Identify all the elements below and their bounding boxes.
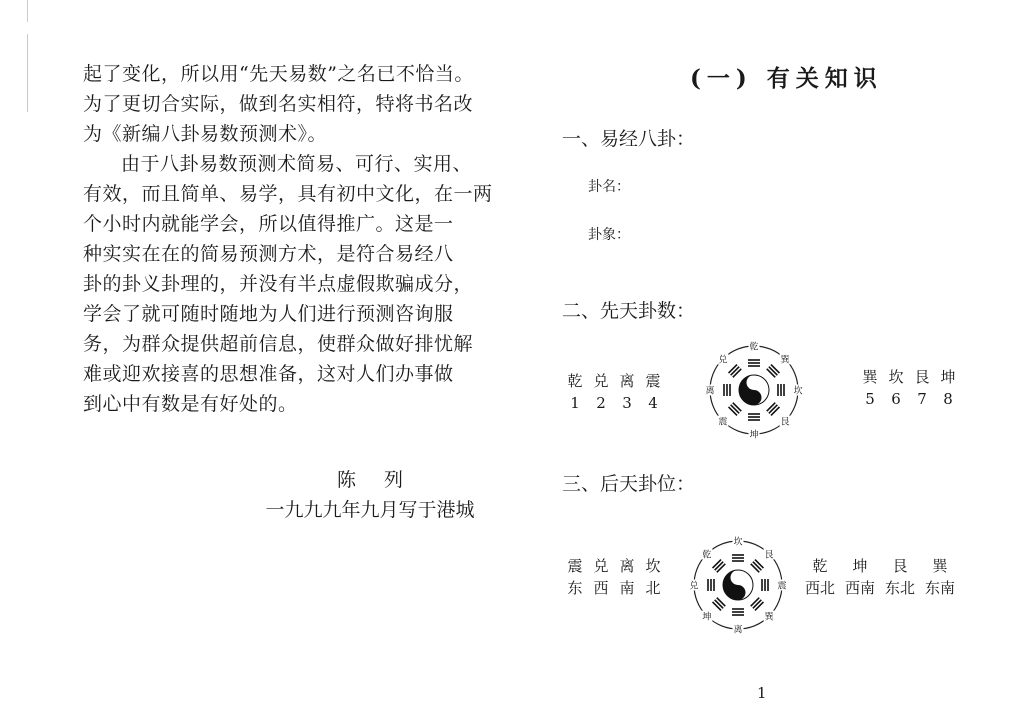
svg-text:乾: 乾 bbox=[702, 548, 711, 560]
text-line: 难或迎欢接喜的思想准备，这对人们办事做 bbox=[83, 359, 503, 389]
trigram-name: 巽 bbox=[920, 555, 960, 576]
left-page: 起了变化，所以用“先天易数”之名已不恰当。 为了更切合实际，做到名实相符，特将书… bbox=[0, 0, 512, 724]
chapter-title: (一) 有关知识 bbox=[690, 60, 883, 93]
author-name: 陈列 bbox=[240, 465, 500, 495]
page-number: 1 bbox=[757, 684, 767, 702]
text-line: 有效，而且简单、易学，具有初中文化，在一两 bbox=[83, 179, 503, 209]
trigram-number: 8 bbox=[935, 390, 961, 408]
section-title-postnatal-positions: 三、后天卦位： bbox=[562, 469, 695, 496]
trigram-name: 兑 bbox=[588, 370, 614, 391]
postnatal-left-names: 震兑离坎 bbox=[562, 555, 666, 576]
postnatal-left-directions: 东西南北 bbox=[562, 577, 666, 598]
trigram-name: 乾 bbox=[562, 370, 588, 391]
svg-text:艮: 艮 bbox=[765, 549, 774, 560]
trigram-number: 1 bbox=[562, 394, 588, 412]
svg-text:乾: 乾 bbox=[749, 341, 758, 353]
text-line: 到心中有数是有好处的。 bbox=[83, 389, 503, 419]
text-line: 由于八卦易数预测术简易、可行、实用、 bbox=[83, 149, 503, 179]
prenatal-left-names: 乾兑离震 bbox=[562, 370, 666, 391]
trigram-name: 震 bbox=[640, 370, 666, 391]
direction: 北 bbox=[640, 577, 666, 598]
trigram-name: 离 bbox=[614, 555, 640, 576]
bagua-postnatal-diagram-icon: 坎艮震巽离坤兑乾 bbox=[688, 535, 788, 635]
text-line: 为了更切合实际，做到名实相符，特将书名改 bbox=[83, 89, 503, 119]
prenatal-left-numbers: 1234 bbox=[562, 394, 666, 412]
trigram-image-label: 卦象： bbox=[588, 224, 630, 244]
text-line: 种实实在在的简易预测方术，是符合易经八 bbox=[83, 239, 503, 269]
text-line: 卦的卦义卦理的，并没有半点虚假欺骗成分， bbox=[83, 269, 503, 299]
trigram-name: 巽 bbox=[857, 366, 883, 387]
text-line: 起了变化，所以用“先天易数”之名已不恰当。 bbox=[83, 59, 503, 89]
trigram-name: 离 bbox=[614, 370, 640, 391]
svg-text:兑: 兑 bbox=[689, 580, 698, 592]
postnatal-right-directions: 西北西南东北东南 bbox=[800, 577, 960, 598]
signature-date: 一九九九年九月写于港城 bbox=[240, 495, 500, 525]
trigram-name-label: 卦名： bbox=[588, 176, 630, 196]
trigram-name: 坤 bbox=[935, 366, 961, 387]
svg-text:震: 震 bbox=[718, 417, 727, 428]
svg-text:艮: 艮 bbox=[781, 417, 790, 428]
svg-text:坎: 坎 bbox=[793, 385, 802, 397]
svg-text:离: 离 bbox=[705, 385, 714, 397]
svg-text:坎: 坎 bbox=[733, 536, 742, 548]
prenatal-right-names: 巽坎艮坤 bbox=[857, 366, 961, 387]
text-line: 务，为群众提供超前信息，使群众做好排忧解 bbox=[83, 329, 503, 359]
direction: 东南 bbox=[920, 577, 960, 598]
section-title-prenatal-numbers: 二、先天卦数： bbox=[562, 296, 695, 323]
svg-text:兑: 兑 bbox=[718, 353, 727, 365]
paragraph-2: 由于八卦易数预测术简易、可行、实用、 有效，而且简单、易学，具有初中文化，在一两… bbox=[83, 149, 503, 419]
trigram-number: 6 bbox=[883, 390, 909, 408]
svg-text:震: 震 bbox=[777, 581, 786, 592]
direction: 西北 bbox=[800, 577, 840, 598]
trigram-name: 坤 bbox=[840, 555, 880, 576]
trigram-number: 2 bbox=[588, 394, 614, 412]
trigram-number: 7 bbox=[909, 390, 935, 408]
svg-text:巽: 巽 bbox=[781, 354, 791, 365]
trigram-name: 震 bbox=[562, 555, 588, 576]
svg-text:坤: 坤 bbox=[702, 611, 711, 623]
direction: 东 bbox=[562, 577, 588, 598]
trigram-name: 艮 bbox=[909, 366, 935, 387]
section-title-trigrams: 一、易经八卦： bbox=[562, 124, 695, 151]
signature: 陈列 一九九九年九月写于港城 bbox=[240, 465, 500, 525]
postnatal-right-names: 乾坤艮巽 bbox=[800, 555, 960, 576]
trigram-name: 兑 bbox=[588, 555, 614, 576]
direction: 南 bbox=[614, 577, 640, 598]
right-page: (一) 有关知识 一、易经八卦： 卦名： 卦象： 乾兑离震巽坎艮坤 二、先天卦数… bbox=[512, 0, 1024, 724]
direction: 西 bbox=[588, 577, 614, 598]
trigram-name: 坎 bbox=[883, 366, 909, 387]
trigram-number: 3 bbox=[614, 394, 640, 412]
svg-text:坤: 坤 bbox=[749, 429, 758, 441]
text-line: 为《新编八卦易数预测术》。 bbox=[83, 119, 503, 149]
trigram-number: 4 bbox=[640, 394, 666, 412]
paragraph-1: 起了变化，所以用“先天易数”之名已不恰当。 为了更切合实际，做到名实相符，特将书… bbox=[83, 59, 503, 149]
svg-text:离: 离 bbox=[733, 624, 742, 636]
direction: 东北 bbox=[880, 577, 920, 598]
text-line: 个小时内就能学会，所以值得推广。这是一 bbox=[83, 209, 503, 239]
trigram-name: 乾 bbox=[800, 555, 840, 576]
bagua-prenatal-diagram-icon: 乾巽坎艮坤震离兑 bbox=[704, 340, 804, 440]
trigram-name: 坎 bbox=[640, 555, 666, 576]
trigram-number: 5 bbox=[857, 390, 883, 408]
svg-text:巽: 巽 bbox=[765, 612, 775, 623]
text-line: 学会了就可随时随地为人们进行预测咨询服 bbox=[83, 299, 503, 329]
prenatal-right-numbers: 5678 bbox=[857, 390, 961, 408]
trigram-name: 艮 bbox=[880, 555, 920, 576]
direction: 西南 bbox=[840, 577, 880, 598]
